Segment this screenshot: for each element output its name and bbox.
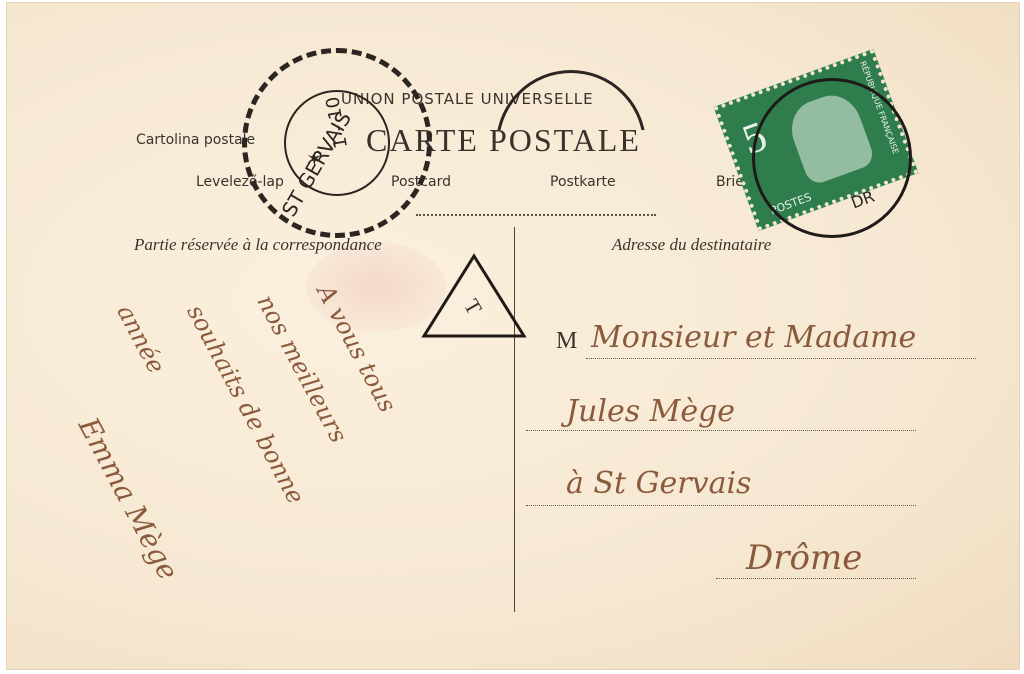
postcard-back: UNION POSTALE UNIVERSELLE CARTE POSTALE … — [6, 2, 1020, 670]
address-line-4 — [716, 578, 916, 579]
address-recipient: Monsieur et Madame — [591, 320, 916, 355]
postmark-star-icon: ✶ — [306, 147, 323, 171]
address-prefix: M — [556, 328, 577, 355]
address-line-3 — [526, 505, 916, 506]
address-name: Jules Mège — [566, 394, 735, 429]
message-line-4: année — [111, 300, 170, 378]
translation-german: Postkarte — [550, 174, 616, 190]
postmark-stamp-cancel — [752, 78, 912, 238]
address-department: Drôme — [746, 538, 862, 578]
translation-italian: Cartolina postale — [136, 132, 255, 148]
header-rule — [416, 214, 656, 220]
address-line-1 — [586, 358, 976, 359]
address-label: Adresse du destinataire — [612, 235, 771, 255]
message-signature: Emma Mège — [72, 412, 185, 585]
address-town: à St Gervais — [566, 466, 751, 501]
correspondence-label: Partie réservée à la correspondance — [134, 235, 382, 255]
address-line-2 — [526, 430, 916, 431]
